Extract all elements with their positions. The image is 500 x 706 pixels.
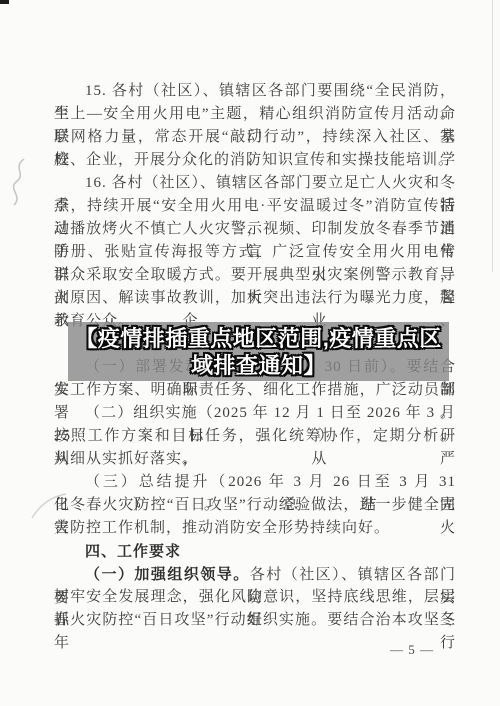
scan-pencil-squiggle [4,156,32,208]
text-line: 点，持续开展“安全用火用电·平安温暖过冬”消防宣传活动，通 [54,195,456,218]
text-line: 过播放烤火不慎亡人火灾警示视频、印制发放冬春季节消防宣传 [54,218,456,241]
text-line: 树牢安全发展理念，强化风险意识，坚持底线思维，层层抓好冬 [54,586,456,609]
text-line: （一）加强组织领导。各村（社区）、镇辖区各部门要切实 [54,563,456,586]
text-line: 16. 各村（社区）、镇辖区各部门要立足亡人火灾和冬季特 [54,172,456,195]
watermark-line: 域排查通知】 [191,352,326,379]
text-line: 层网格力量，常态开展“敲门行动”，持续深入社区、家庭、学 [54,126,456,149]
text-line: 校、企业，开展分众化的消防知识宣传和实操技能培训。 [54,149,456,172]
text-line: 春火灾防控“百日攻坚”行动组织实施。要结合治本攻坚三年行 [54,609,456,632]
text-line: 发工作方案、明确职责任务、细化工作措施，广泛动员部署。 [54,379,456,402]
text-line: 按照工作方案和目标任务，强化统筹协作，定期分析研判，从严 [54,425,456,448]
text-line: 四、工作要求 [54,540,456,563]
page-number: — 5 — [382,642,442,658]
text-line: （三）总结提升（2026 年 3 月 26 日至 3 月 31 日）。总结固 [54,471,456,494]
scanned-page: 15. 各村（社区）、镇辖区各部门要围绕“全民消防，生命至上—安全用火用电”主题… [0,0,500,706]
text-line: 至上—安全用火用电”主题，精心组织消防宣传月活动。联动基 [54,103,456,126]
watermark-overlay: 【疫情排插重点地区范围,疫情重点区 域排查通知】 [68,322,449,381]
text-line: 群众采取安全取暖方式。要开展典型火灾案例警示教育，剖析起 [54,264,456,287]
watermark-line: 【疫情排插重点地区范围,疫情重点区 [75,325,442,352]
text-line: 化冬春火灾防控“百日攻坚”行动经验做法，进一步健全完善火 [54,494,456,517]
text-line: 火原因、解读事故教训，加大突出违法行为曝光力度，警示企业、 [54,287,456,310]
scan-page-edge-line [492,0,493,272]
text-line: （二）组织实施（2025 年 12 月 1 日至 2026 年 3 月 25 日… [54,402,456,425]
text-line: 15. 各村（社区）、镇辖区各部门要围绕“全民消防，生命 [54,80,456,103]
scan-corner-mark [0,0,9,4]
text-line: 手册、张贴宣传海报等方式，广泛宣传安全用火用电常识，引导 [54,241,456,264]
